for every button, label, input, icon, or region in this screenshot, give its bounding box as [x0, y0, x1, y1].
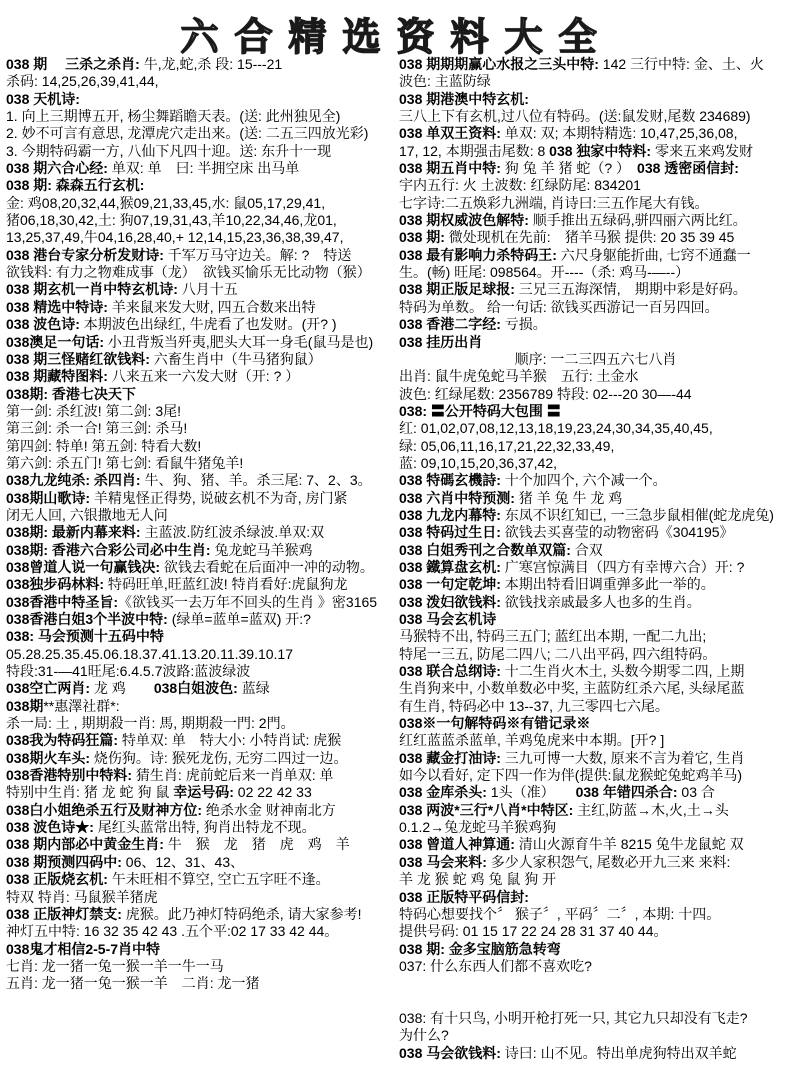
text-line: 特段:31-—41旺尾:6.4.5.7波路:蓝波绿波: [6, 663, 399, 680]
text-line: 如今以看好, 定下四一作为伴(提供:鼠龙猴蛇兔蛇鸡羊马): [399, 767, 792, 784]
text-line: 波色: 红绿尾数: 2356789 特段: 02---20 30—-44: [399, 386, 792, 403]
text-line: 闭无人回, 六银撒地无人问: [6, 507, 399, 524]
text-line: 038澳足一句话: 小丑背叛当歼夷,肥头大耳一身毛(鼠马是也): [6, 334, 399, 351]
text-line: 第三剑: 杀一合! 第三剑: 杀马!: [6, 420, 399, 437]
text-line: 038鬼才相信2-5-7肖中特: [6, 941, 399, 958]
text-line: 038期山歌诗: 羊精鬼怪正得势, 说破玄机不为奇, 房门紧: [6, 490, 399, 507]
text-line: 05.28.25.35.45.06.18.37.41.13.20.11.39.1…: [6, 646, 399, 663]
text-line: 特尾一三五, 防尾二四八; 二八出平码, 四六组特码。: [399, 646, 792, 663]
text-line: 038 联合总纲诗: 十二生肖火木土, 头数今期零二四, 上期: [399, 663, 792, 680]
text-line: 038 天机诗:: [6, 91, 399, 108]
text-line: 038香港中特圣旨:《欲钱买一去万年不回头的生肖 》密3165: [6, 594, 399, 611]
text-line: 0.1.2→兔龙蛇马羊猴鸡狗: [399, 819, 792, 836]
text-line: 提供号码: 01 15 17 22 24 28 31 37 40 44。: [399, 923, 792, 940]
text-line: 038 挂历出肖: [399, 334, 792, 351]
text-line: 038曾道人说一句赢钱决: 欲钱去看蛇在后面冲一冲的动物。: [6, 559, 399, 576]
text-line: 038 单双王资料: 单双: 双; 本期特精选: 10,47,25,36,08,: [399, 125, 792, 142]
text-line: 第六剑: 杀五门! 第七剑: 看鼠牛猪兔羊!: [6, 455, 399, 472]
text-line: 038香港白姐3个半波中特: (绿单=蓝单=蓝双) 开:?: [6, 611, 399, 628]
text-line: 038期: 香港七决天下: [6, 386, 399, 403]
text-line: 038 港台专家分析发财诗: 千军万马守边关。解: ? 特送: [6, 247, 399, 264]
text-line: 038 六肖中特预测: 猪 羊 兔 牛 龙 鸡: [399, 490, 792, 507]
text-line: 038期火车头: 烧伤狗。诗: 猴死龙伤, 无穷二四过一边。: [6, 750, 399, 767]
text-line: 038 期三怪赌红欲钱料: 六畜生肖中（牛马猪狗鼠）: [6, 351, 399, 368]
text-line: 038 正版神灯禁支: 虎猴。此乃神灯特码绝杀, 请大家参考!: [6, 906, 399, 923]
page-title: 六合精选资料大全: [0, 6, 793, 61]
text-line: 038九龙纯杀: 杀四肖: 牛、狗、猪、羊。杀三尾: 7、2、3。: [6, 472, 399, 489]
text-line: 五肖: 龙一猪一兔一猴一羊 二肖: 龙一猪: [6, 975, 399, 992]
text-line: 顺序: 一二三四五六七八肖: [399, 351, 792, 368]
text-line: 欲钱料: 有力之物难成事（龙） 欲钱买愉乐无比动物（猴）: [6, 264, 399, 281]
left-column: 038 期 三杀之杀肖: 牛,龙,蛇,杀 段: 15---21杀码: 14,25…: [6, 56, 399, 993]
text-line: 038 期内部必中黄金生肖: 牛 猴 龙 猪 虎 鸡 羊: [6, 836, 399, 853]
text-line: 038 藏金打油诗: 三九可博一大数, 原来不言为着它, 生肖: [399, 750, 792, 767]
text-line: 特双 特肖: 马鼠猴羊猪虎: [6, 889, 399, 906]
text-line: 杀一局: 土 , 期期殺一肖: 馬, 期期殺一門: 2門。: [6, 715, 399, 732]
text-line: 038 马会来料: 多少人家积怨气, 尾数必开九三来 来料:: [399, 854, 792, 871]
text-line: 038 精选中特诗: 羊来鼠来发大财, 四五合数来出特: [6, 299, 399, 316]
text-line: 038 马会欲钱料: 诗曰: 山不见。特出单虎狗特出双羊蛇: [399, 1045, 792, 1062]
text-line: 红: 01,02,07,08,12,13,18,19,23,24,30,34,3…: [399, 420, 792, 437]
text-line: 038 两波*三行*八肖*中特区: 主红,防蓝→木,火,土→头: [399, 802, 792, 819]
text-line: 038 期正版足球报: 三兄三五海深情, 期期中彩是好码。: [399, 281, 792, 298]
text-line: 038 白姐秀刊之合数单双篇: 合双: [399, 542, 792, 559]
text-line: 038白小姐绝杀五行及财神方位: 绝杀水金 财神南北方: [6, 802, 399, 819]
text-line: 038: 马会预测十五码中特: [6, 628, 399, 645]
text-line: 马猴特不出, 特码三五门; 蓝红出本期, 一配二九出;: [399, 628, 792, 645]
text-line: 038 特碼玄機詩: 十个加四个, 六个减一个。: [399, 472, 792, 489]
text-line: 17, 12, 本期强击尾数: 8 038 独家中特料: 零来五来鸡发财: [399, 143, 792, 160]
document: 六合精选资料大全 038 期 三杀之杀肖: 牛,龙,蛇,杀 段: 15---21…: [0, 0, 793, 1073]
text-line: 038 期玄机一肖中特玄机诗: 八月十五: [6, 281, 399, 298]
text-line: 038 期五肖中特: 狗 兔 羊 猪 蛇（? ） 038 透密函信封:: [399, 160, 792, 177]
text-line: 3. 今期特码霸一方, 八仙下凡四十迎。送: 东升十一现: [6, 143, 399, 160]
text-line: 038 曾道人神算通: 清山火源育牛羊 8215 兔牛龙鼠蛇 双: [399, 836, 792, 853]
text-line: 038 期权威波色解特: 顺手推出五绿码,骈四丽六两比红。: [399, 212, 792, 229]
text-line: 038 一句定乾坤: 本期出特看旧调重弹多此一举的。: [399, 576, 792, 593]
text-line: 生肖狗来中, 小数单数必中奖, 主蓝防红杀六尾, 头绿尾蓝: [399, 680, 792, 697]
text-line: 三八上下有玄机,过八位有特码。(送:鼠发财,尾数 234689): [399, 108, 792, 125]
text-line: 蓝: 09,10,15,20,36,37,42,: [399, 455, 792, 472]
text-line: 038 波色诗★: 尾红头蓝常出特, 狗肖出特龙不现。: [6, 819, 399, 836]
text-line: 1. 向上三期博五开, 杨尘舞蹈瞻天表。(送: 此州独见全): [6, 108, 399, 125]
text-line: 038 鐵算盘玄机: 广寒宫惊满目（四方有幸博六合）开: ?: [399, 559, 792, 576]
text-line: 038期**惠澤社群*:: [6, 698, 399, 715]
text-line: 038独步码林料: 特码旺单,旺蓝红波! 特肖看好:虎鼠狗龙: [6, 576, 399, 593]
text-line: 038※一句解特码※有错记录※: [399, 715, 792, 732]
text-line: 038 特码过生日: 欲钱去买喜莹的动物密码《304195》: [399, 524, 792, 541]
text-line: 绿: 05,06,11,16,17,21,22,32,33,49,: [399, 438, 792, 455]
text-line: 038 期 三杀之杀肖: 牛,龙,蛇,杀 段: 15---21: [6, 56, 399, 73]
text-line: 038 期: 森森五行玄机:: [6, 177, 399, 194]
text-line: 特码为单数。 给一句话: 欲钱买西游记一百另四回。: [399, 299, 792, 316]
text-line: 038 期港澳中特玄机:: [399, 91, 792, 108]
text-line: 神灯五中特: 16 32 35 42 43 .五个平:02 17 33 42 4…: [6, 923, 399, 940]
text-line: 第一剑: 杀红波! 第二剑: 3尾!: [6, 403, 399, 420]
text-line: 038 最有影响力杀特码王: 六尺身躯能折曲, 七窍不通蠢一: [399, 247, 792, 264]
text-line: 038 香港二字经: 亏损。: [399, 316, 792, 333]
text-line: 杀码: 14,25,26,39,41,44,: [6, 73, 399, 90]
text-line: 红红蓝蓝杀蓝单, 羊鸡兔虎来中本期。[开? ]: [399, 732, 792, 749]
text-line: 037: 什么东西人们都不喜欢吃?: [399, 958, 792, 975]
text-line: 2. 妙不可言有意思, 龙潭虎穴走出来。(送: 二五三四放光彩): [6, 125, 399, 142]
text-line: 038 期预测四码中: 06、12、31、43、: [6, 854, 399, 871]
text-line: 生。(畅) 旺尾: 098564。开----（杀: 鸡马-—--）: [399, 264, 792, 281]
text-line: 038 正版烧玄机: 午未旺相不算空, 空亡五字旺不逢。: [6, 871, 399, 888]
text-line: 金: 鸡08,20,32,44,猴09,21,33,45,水: 鼠05,17,2…: [6, 195, 399, 212]
text-line: 为什么?: [399, 1027, 792, 1044]
text-line: 七肖: 龙一猪一兔一猴一羊一牛一马: [6, 958, 399, 975]
text-line: 波色: 主蓝防绿: [399, 73, 792, 90]
text-line: 038 泼妇欲钱料: 欲钱找亲戚最多人也多的生肖。: [399, 594, 792, 611]
text-line: 038 期六合心经: 单双: 单 曰: 半拥空床 出马单: [6, 160, 399, 177]
text-line: 七字诗:二五焕彩九洲端, 肖诗曰:三五作尾大有钱。: [399, 195, 792, 212]
text-line: 038: 有十只鸟, 小明开枪打死一只, 其它九只却没有飞走?: [399, 1010, 792, 1027]
text-line: 特别中生肖: 猪 龙 蛇 狗 鼠 幸运号码: 02 22 42 33: [6, 784, 399, 801]
text-line: 038 期: 微处现机在先前: 猪羊马猴 提供: 20 35 39 45: [399, 229, 792, 246]
text-line: 038 波色诗: 本期波色出绿红, 牛虎看了也发财。(开? ): [6, 316, 399, 333]
text-line: 13,25,37,49,牛04,16,28,40,+ 12,14,15,23,3…: [6, 229, 399, 246]
text-line: 宇内五行: 火 土波数: 红绿防尾: 834201: [399, 177, 792, 194]
text-line: 038 期期期赢心水报之三头中特: 142 三行中特: 金、土、火: [399, 56, 792, 73]
text-line: 038 马会玄机诗: [399, 611, 792, 628]
text-line: 猪06,18,30,42,土: 狗07,19,31,43,羊10,22,34,4…: [6, 212, 399, 229]
text-line: 羊 龙 猴 蛇 鸡 兔 鼠 狗 开: [399, 871, 792, 888]
text-line: 038 正版特平码信封:: [399, 889, 792, 906]
text-line: 第四剑: 特单! 第五剑: 特看大数!: [6, 438, 399, 455]
text-line: [399, 993, 792, 1010]
text-line: 038香港特别中特料: 猜生肖: 虎前蛇后来一肖单双: 单: [6, 767, 399, 784]
text-line: 特码心想要找个〞 猴子〞, 平码〞二〞, 本期: 十四。: [399, 906, 792, 923]
text-line: 038我为特码狂篇: 特单双: 单 特大小: 小特肖试: 虎猴: [6, 732, 399, 749]
text-line: 有生肖, 特码必中 13--37, 九三零四七六尾。: [399, 698, 792, 715]
text-line: 038空亡两肖: 龙 鸡 038白姐波色: 蓝绿: [6, 680, 399, 697]
text-line: 038期: 香港六合彩公司必中生肖: 兔龙蛇马羊猴鸡: [6, 542, 399, 559]
text-line: 出肖: 鼠牛虎兔蛇马羊猴 五行: 土金水: [399, 368, 792, 385]
text-line: 038期: 最新内幕来料: 主蓝波.防红波杀绿波.单双:双: [6, 524, 399, 541]
text-line: 038 期藏特图料: 八来五来一六发大财（开: ? ）: [6, 368, 399, 385]
text-line: [399, 975, 792, 992]
text-line: 038 金库杀头: 1头（准） 038 年错四杀合: 03 合: [399, 784, 792, 801]
text-line: 038: 〓公开特码大包围 〓: [399, 403, 792, 420]
text-line: 038 九龙内幕特: 东凤不识红知已, 一三急步鼠相催(蛇龙虎兔): [399, 507, 792, 524]
text-line: 038 期: 金多宝脑筋急转弯: [399, 941, 792, 958]
right-column: 038 期期期赢心水报之三头中特: 142 三行中特: 金、土、火波色: 主蓝防…: [399, 56, 792, 1062]
